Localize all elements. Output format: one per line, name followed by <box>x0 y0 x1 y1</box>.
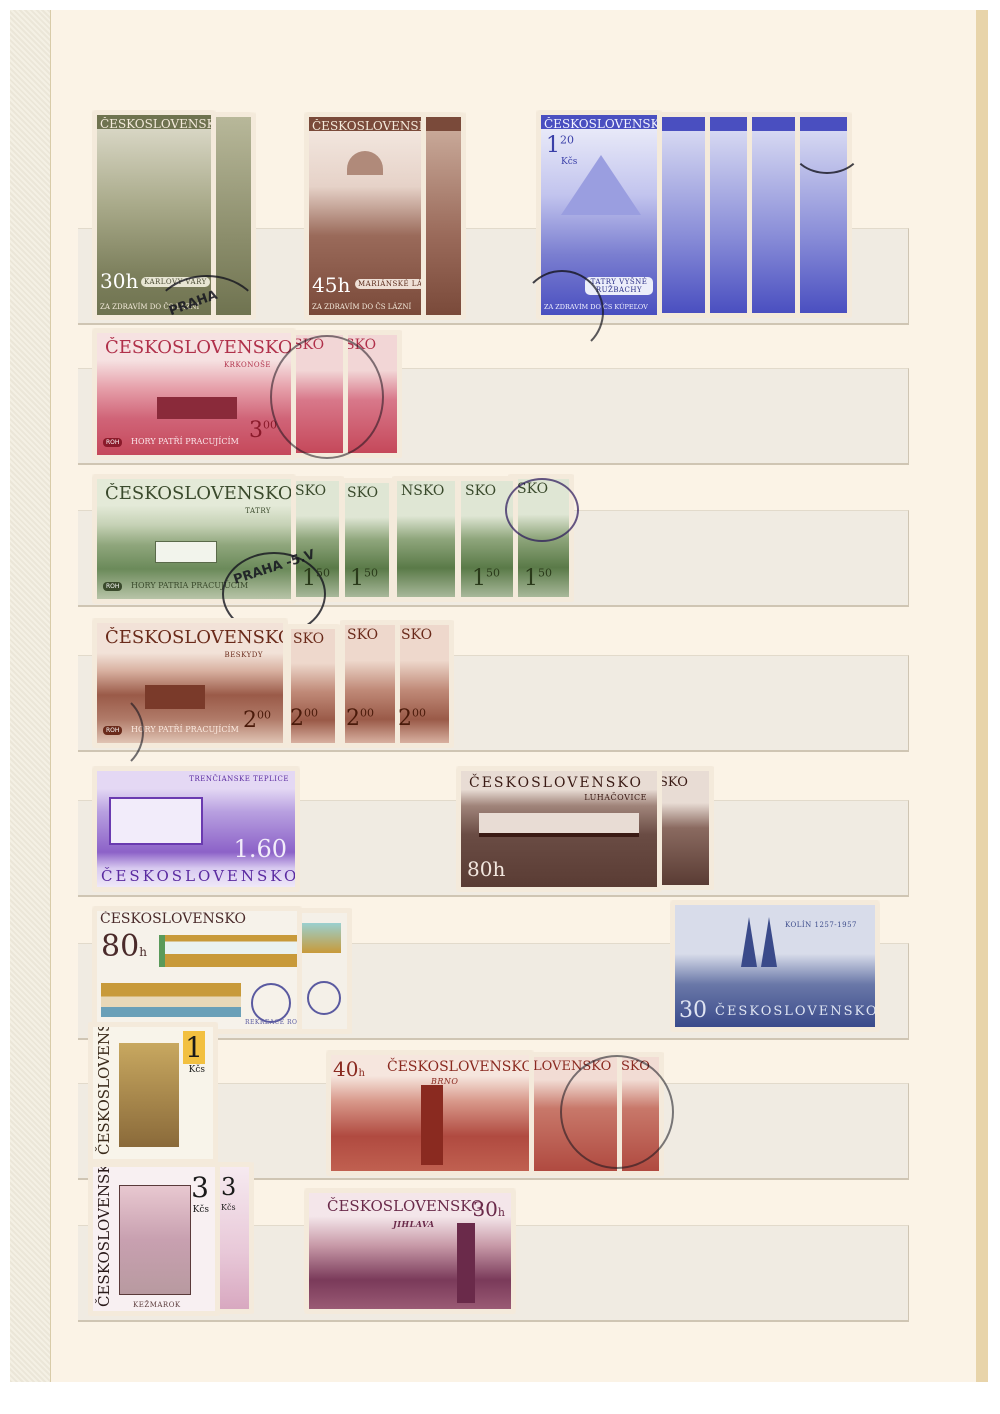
stamp-value: 150 <box>302 566 330 591</box>
stamp-value: 150 <box>472 566 500 591</box>
stamp-motto: ZA ZDRAVÍM DO ČS KÚPEĽOV <box>544 303 648 311</box>
page-edge <box>976 10 988 1382</box>
stamp-brno-duplicate[interactable]: LOVENSKO <box>526 1052 622 1176</box>
stamp-motto: HORY PATŘÍ PRACUJÍCÍM <box>131 437 239 446</box>
stamp-place: KRKONOŠE <box>224 361 271 369</box>
stamp-karlovy-vary[interactable]: ČESKOSLOVENSKO 30h KARLOVY VARY ZA ZDRAV… <box>92 110 216 320</box>
stamp-place: TATRY VYŠNÉ RUŽBACHY <box>585 277 653 295</box>
stamp-tatry-duplicate[interactable]: NSKO <box>392 476 460 602</box>
stamp-country-fragment: SKO <box>401 627 432 643</box>
roh-badge: ROH <box>103 726 122 735</box>
stamp-place: TATRY <box>245 507 271 515</box>
stamp-motto: HORY PATRIA PRACUJÚCIM <box>131 581 248 590</box>
stamp-country-fragment: NSKO <box>401 483 444 499</box>
stamp-country-fragment: LOVENSKO <box>533 1059 611 1074</box>
stamp-value: 3 <box>191 1171 209 1204</box>
stamp-currency: Kčs <box>221 1203 236 1212</box>
stamp-value: 200 <box>290 706 318 731</box>
stamp-value: 40h <box>333 1057 365 1081</box>
stamp-country: ČESKOSLOVENSKO <box>387 1059 529 1075</box>
stamp-value: 30h <box>100 269 138 293</box>
stamp-luhacovice[interactable]: ČESKOSLOVENSKO LUHAČOVICE 80h <box>456 766 662 892</box>
stamp-rekreace-roh[interactable]: ČESKOSLOVENSKO 80h REKREACE ROH <box>92 906 302 1034</box>
building-illustration <box>101 983 241 1017</box>
hotel-illustration <box>155 541 217 563</box>
stamp-kolin[interactable]: KOLÍN 1257-1957 30 ČESKOSLOVENSKO <box>670 900 880 1032</box>
stamp-value: 30 <box>679 998 707 1023</box>
stamp-country: ČESKOSLOVENSKO <box>97 117 211 131</box>
stamp-currency: Kčs <box>189 1065 205 1075</box>
mountain-illustration <box>561 155 641 215</box>
building-illustration <box>159 935 297 967</box>
stamp-country-fragment: SKO <box>347 627 378 643</box>
stamp-country-fragment: SKO <box>293 631 324 647</box>
stamp-country: ČESKOSLOVENSKO <box>97 627 283 648</box>
stamp-country: ČESKOSLOVENSKO <box>309 119 421 133</box>
castle-gate-illustration <box>119 1185 191 1295</box>
stamp-value: 150 <box>350 566 378 591</box>
stamp-place: LUHAČOVICE <box>584 793 647 802</box>
stamp-country: ČESKOSLOVENSKO <box>541 117 657 131</box>
stamp-vysne-ruzbachy[interactable]: ČESKOSLOVENSKO 120 Kčs TATRY VYŠNÉ RUŽBA… <box>536 110 662 320</box>
stamp-place: BESKYDY <box>225 651 263 659</box>
stamp-trencianske-teplice[interactable]: TRENČIANSKE TEPLICE 1.60 ČESKOSLOVENSKO <box>92 766 300 892</box>
stamp-krkonose[interactable]: ČESKOSLOVENSKO KRKONOŠE 300 ROH HORY PAT… <box>92 328 296 460</box>
stamp-place: KEŽMAROK <box>133 1301 181 1309</box>
stamp-value: 80h <box>467 857 505 881</box>
stamp-country: ČESKOSLOVENSKO <box>715 1004 875 1019</box>
stamp-value: 30h <box>472 1197 505 1221</box>
chalet-illustration <box>145 685 205 709</box>
roh-emblem-icon <box>307 981 341 1015</box>
clock-tower-illustration <box>421 1085 443 1165</box>
stamp-country-fragment: SKO <box>465 483 496 499</box>
stamp-currency: Kčs <box>193 1205 209 1215</box>
stamp-value: 80h <box>101 929 147 964</box>
dome-illustration <box>347 151 383 175</box>
cathedral-spire-illustration <box>741 917 757 967</box>
stamp-country-fragment: SKO <box>659 775 688 790</box>
stamp-place: TRENČIANSKE TEPLICE <box>189 775 289 783</box>
stamp-place: JIHLAVA <box>393 1219 435 1229</box>
stamp-country: ČESKOSLOVENSKO <box>327 1197 483 1215</box>
album-binding <box>10 10 51 1382</box>
spa-building-illustration <box>109 797 203 845</box>
stamp-country-fragment: SKO <box>295 483 326 499</box>
stamp-country-fragment: SKO <box>347 485 378 501</box>
stamp-country-fragment: SKO <box>517 481 548 497</box>
stamp-place: KOLÍN 1257-1957 <box>785 921 857 929</box>
stamp-motto: ZA ZDRAVÍM DO ČS LÁZNÍ <box>100 303 199 311</box>
stamp-tatry[interactable]: ČESKOSLOVENSKO TATRY ROH HORY PATRIA PRA… <box>92 474 296 604</box>
stamp-value: 200 <box>346 706 374 731</box>
stamp-country-fragment: SKO <box>293 337 324 353</box>
stamp-value: 200 <box>398 706 426 731</box>
colonnade-illustration <box>479 813 639 837</box>
stamp-value: 300 <box>249 418 277 443</box>
stamp-value: 200 <box>243 708 271 733</box>
stamp-country: ČESKOSLOVENSKO <box>95 1171 113 1307</box>
stamp-value: 1 <box>183 1031 205 1064</box>
castle-illustration <box>119 1043 179 1147</box>
stamp-value: 3 <box>221 1173 236 1201</box>
stamp-jihlava[interactable]: ČESKOSLOVENSKO 30h JIHLAVA <box>304 1188 516 1314</box>
chalet-illustration <box>157 397 237 419</box>
stamp-kezmarok[interactable]: ČESKOSLOVENSKO 3 Kčs KEŽMAROK <box>88 1162 220 1316</box>
stamp-place: KARLOVY VARY <box>141 277 210 287</box>
stamp-vysne-ruzbachy-duplicate[interactable] <box>654 112 710 318</box>
roh-emblem-icon <box>251 983 291 1023</box>
stamp-motto: ZA ZDRAVÍM DO ČS LÁZNÍ <box>312 303 411 311</box>
roh-badge: ROH <box>103 582 122 591</box>
stamp-brno[interactable]: 40h ČESKOSLOVENSKO BRNO <box>326 1050 534 1176</box>
stamp-country: ČESKOSLOVENSKO <box>97 483 291 504</box>
stamp-place: MARIÁNSKÉ LÁZNĚ <box>355 279 421 289</box>
stamp-country: ČESKOSLOVENSKO <box>97 337 291 358</box>
cathedral-spire-illustration <box>761 917 777 967</box>
stamp-value: 1.60 <box>234 835 287 863</box>
stamp-country: ČESKOSLOVENSKO <box>95 1031 113 1155</box>
stamp-value: 45h <box>312 273 350 297</box>
stamp-beskydy[interactable]: ČESKOSLOVENSKO BESKYDY 200 ROH HORY PATŘ… <box>92 618 288 748</box>
stamp-country: ČESKOSLOVENSKO <box>469 775 643 791</box>
roh-badge: ROH <box>103 438 122 447</box>
stamp-castle-1kcs[interactable]: ČESKOSLOVENSKO 1 Kčs <box>88 1022 218 1164</box>
stamp-place: REKREACE ROH <box>245 1019 297 1026</box>
stamp-marianske-lazne[interactable]: ČESKOSLOVENSKO 45h MARIÁNSKÉ LÁZNĚ ZA ZD… <box>304 112 426 320</box>
stamp-country: ČESKOSLOVENSKO <box>101 867 295 885</box>
stamp-country-fragment: SKO <box>345 337 376 353</box>
stamp-motto: HORY PATŘÍ PRACUJÍCÍM <box>131 725 239 734</box>
stamp-country-fragment: SKO <box>621 1059 650 1074</box>
tower-illustration <box>457 1223 475 1303</box>
building-illustration <box>301 923 341 953</box>
stamp-value: 150 <box>524 566 552 591</box>
stamp-country: ČESKOSLOVENSKO <box>97 911 297 927</box>
